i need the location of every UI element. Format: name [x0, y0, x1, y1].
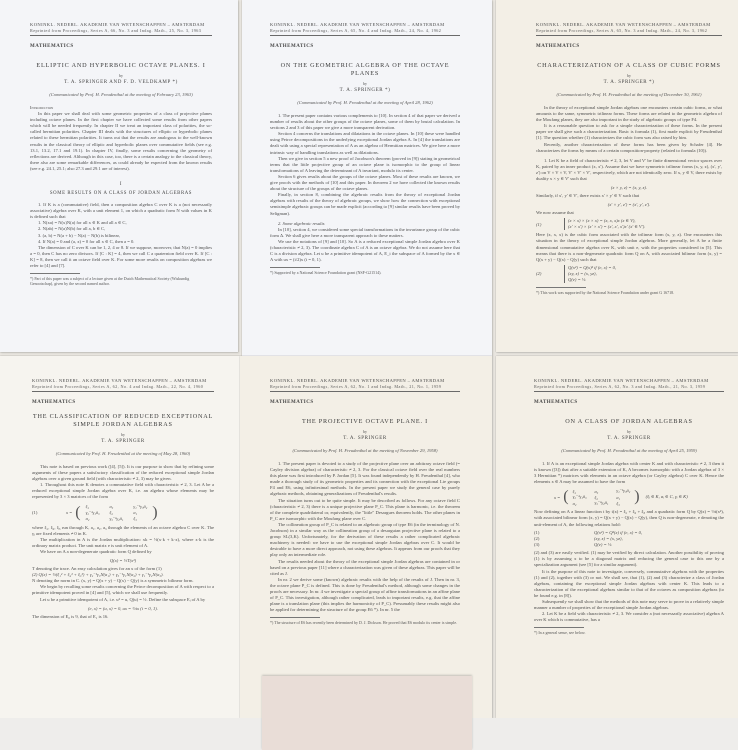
paragraph: Subsequently we shall show that the meth…	[534, 599, 724, 611]
matrix-equation: x = ( ξ₁a₃γ₁⁻¹γ₃ā₂ γ₂⁻¹γ₁ā₃ξ₂a₁ a₂γ₃⁻¹γ₂…	[554, 488, 724, 506]
body-text: In the theory of exceptional simple Jord…	[536, 105, 722, 295]
equation: (x × y, z) = (x, y, z).	[536, 185, 722, 190]
paragraph: 1. The present paper contains various co…	[270, 113, 460, 131]
matrix-equation: (1) x = ( ξ₁a₃γ₁⁻¹γ₃ā₂ γ₂⁻¹γ₁ā₃ξ₂a₁ a₂γ₃…	[32, 504, 214, 522]
author: T. A. Springer *)	[270, 88, 460, 93]
footnote-rule	[30, 273, 80, 274]
footnote: *) Supported by a National Science Found…	[270, 270, 460, 275]
paragraph: 1. Throughout this note K denotes a comm…	[32, 482, 214, 500]
body-text: 1. The present paper is devoted to a stu…	[270, 461, 460, 626]
paper-title: Characterization of a class of cubic for…	[536, 62, 722, 70]
paragraph: This note is based on previous work ([4]…	[32, 464, 214, 482]
footnote: *) Part of this paper was a subject of a…	[30, 276, 212, 287]
communicated-line: (Communicated by Prof. H. Freudenthal at…	[270, 100, 460, 105]
communicated-line: (Communicated by Prof. H. Freudenthal at…	[536, 92, 722, 97]
paragraph: The collineation group of P_C is related…	[270, 522, 460, 559]
paper-title: The classification of reduced exceptiona…	[32, 413, 214, 429]
masthead: Koninkl. Nederl. Akademie van Wetenschap…	[30, 22, 212, 36]
paragraph: Section 6 gives results about the groups…	[270, 174, 460, 192]
paper-title: The projective octave plane. I	[270, 418, 460, 426]
communicated-line: (Communicated by Prof. H. Freudenthal at…	[32, 451, 214, 456]
matrix-condition: (ξᵢ ∈ K, aᵢ ∈ C, γᵢ ∈ K)	[646, 494, 688, 500]
relation: (3)Q(e) = ½.	[534, 542, 724, 548]
communicated-line: (Communicated by Prof. H. Freudenthal at…	[30, 92, 212, 97]
footnote-rule	[270, 617, 320, 618]
paragraph: The dimension of E₀ is 9, that of E₁ is …	[32, 614, 214, 620]
footnote: *) The structure of E6 has recently been…	[270, 620, 460, 625]
paragraph: 1. The present paper is devoted to a stu…	[270, 461, 460, 498]
footnote: *) In a general sense, see below.	[534, 630, 724, 635]
paragraph: Now defining on A a linear function t by…	[534, 509, 724, 527]
paragraph: 1. Let K be a field of characteristic ≠ …	[536, 158, 722, 182]
masthead: Koninkl. Nederl. Akademie van Wetenschap…	[270, 22, 460, 36]
paragraph: Section 4 concerns the translations and …	[270, 131, 460, 155]
body-text: 1. The present paper contains various co…	[270, 113, 460, 276]
paragraph: We begin by recalling some results conce…	[32, 584, 214, 596]
footnote: *) This work was supported by the Nation…	[536, 290, 722, 295]
by-label: by	[30, 73, 212, 78]
paragraph: The situation turns out to be quite simp…	[270, 498, 460, 522]
paragraph: where ξ₁, ξ₂, ξ₃ run through K, a₁, a₂, …	[32, 525, 214, 537]
equation: (x' × y', z') = (x', y', z').	[536, 202, 722, 207]
page-projective-octave-plane: Koninkl. Nederl. Akademie van Wetenschap…	[240, 356, 492, 718]
footnote-rule	[534, 627, 584, 628]
paragraph: 1. If A is an exceptional simple Jordan …	[534, 461, 724, 485]
paragraph: Here (x, x, x) is the cubic form associa…	[536, 232, 722, 262]
equation-system-1: (1) (x × x) × (x × x) = (x, x, x)x (x ∈ …	[536, 218, 722, 230]
communicated-line: (Communicated by Prof. H. Freudenthal at…	[270, 448, 460, 453]
page-classification-reduced-jordan-algebras: Koninkl. Nederl. Akademie van Wetenschap…	[0, 356, 240, 718]
footnote-rule	[270, 267, 320, 268]
masthead: Koninkl. Nederl. Akademie van Wetenschap…	[534, 378, 724, 392]
communicated-line: (Communicated by Prof. H. Freudenthal at…	[534, 448, 724, 453]
equation: (e, x) = (u, x) = 0, ux = ½ix (i = 0, 1)…	[32, 606, 214, 611]
paragraph: Finally, in section 8, combining the alg…	[270, 192, 460, 216]
page-class-of-jordan-algebras: Koninkl. Nederl. Akademie van Wetenschap…	[496, 356, 738, 718]
section-label: Mathematics	[536, 44, 722, 49]
body-text: 1. If A is an exceptional simple Jordan …	[534, 461, 724, 636]
equation-label: (1)	[536, 222, 564, 227]
axiom-list: 1. N(xa) = N(x)N(a) for all x ∈ K and al…	[30, 220, 212, 244]
equation: Q(x) = ½T(x²)	[32, 558, 214, 563]
chapter-title: Some results on a class of Jordan algebr…	[30, 191, 212, 196]
paragraph: The results needed about the theory of t…	[270, 559, 460, 577]
author: T. A. Springer and F. D. Veldkamp *)	[30, 80, 212, 85]
author: T. A. Springer	[534, 436, 724, 441]
masthead: Koninkl. Nederl. Akademie van Wetenschap…	[270, 378, 460, 392]
section-label: Mathematics	[270, 44, 460, 49]
by-label: by	[536, 73, 722, 78]
footnote-rule	[536, 287, 586, 288]
author: T. A. Springer	[32, 439, 214, 444]
section-label: Mathematics	[32, 400, 214, 405]
paragraph: We use the notations of [9] and [10]. So…	[270, 239, 460, 263]
paragraph: The dimension of C over K can be 1, 2, 4…	[30, 245, 212, 269]
section-label: Mathematics	[270, 400, 460, 405]
by-label: by	[534, 429, 724, 434]
paper-title: On a class of Jordan algebras	[534, 418, 724, 426]
pink-slip-paper	[262, 676, 472, 750]
paragraph: In this paper we shall deal with some ge…	[30, 111, 212, 172]
paragraph: In the theory of exceptional simple Jord…	[536, 105, 722, 123]
paragraph: It is a reasonable question to ask for a…	[536, 123, 722, 141]
by-label: by	[270, 81, 460, 86]
by-label: by	[270, 429, 460, 434]
paragraph: (2) and (3) are easily verified. (1) may…	[534, 550, 724, 568]
equation-label: (2)	[536, 271, 564, 276]
paragraph: Then we give in section 5 a new proof of…	[270, 156, 460, 174]
paper-title: Elliptic and hyperbolic octave planes. I	[30, 62, 212, 70]
section-label: Mathematics	[30, 44, 212, 49]
page-geometric-algebra-octave-planes: Koninkl. Nederl. Akademie van Wetenschap…	[242, 0, 492, 356]
paragraph: In [10], section 4, we considered some s…	[270, 227, 460, 239]
by-label: by	[32, 432, 214, 437]
relations-list: (1)Q(x²) = Q²(x) if (e, x) = 0, (2)(xy, …	[534, 530, 724, 549]
chapter-number: I	[30, 182, 212, 187]
paragraph: Recently, another characterization of th…	[536, 142, 722, 154]
paper-title: On the geometric algebra of the octave p…	[270, 62, 460, 78]
paragraph: 1. If K is a (commutative) field, then a…	[30, 202, 212, 220]
author: T. A. Springer	[270, 436, 460, 441]
paragraph: 2. Let K be a field with characteristic …	[534, 611, 724, 623]
section-label: Mathematics	[534, 400, 724, 405]
page-characterization-cubic-forms: Koninkl. Nederl. Akademie van Wetenschap…	[496, 0, 738, 352]
author: T. A. Springer *)	[536, 80, 722, 85]
paragraph: We have on A a non-degenerate quadratic …	[32, 549, 214, 555]
paragraph: Let u be a primitive idempotent of A, i.…	[32, 597, 214, 603]
matrix: ξ₁a₃γ₁⁻¹γ₃ā₂ γ₂⁻¹γ₁ā₃ξ₂a₁ a₂γ₃⁻¹γ₂ā₁ξ₃	[569, 488, 635, 506]
matrix: ξ₁a₃γ₁⁻¹γ₃ā₂ γ₂⁻¹γ₁ā₃ξ₂a₁ a₂γ₃⁻¹γ₂ā₁ξ₃	[81, 504, 153, 522]
equation-label: (1)	[32, 510, 66, 515]
paragraph: It is the purpose of this note to invest…	[534, 569, 724, 599]
paragraph: The multiplication in A is the Jordan mu…	[32, 537, 214, 549]
equation-system-2: (2) Q(x²) = Q(x)² if (e, x) = 0, (xy, z)…	[536, 265, 722, 283]
body-text: This note is based on previous work ([4]…	[32, 464, 214, 620]
paragraph: Similarly, if x', y' ∈ V', there exists …	[536, 193, 722, 199]
page-elliptic-hyperbolic-octave-planes: Koninkl. Nederl. Akademie van Wetenschap…	[0, 0, 238, 352]
masthead: Koninkl. Nederl. Akademie van Wetenschap…	[32, 378, 214, 392]
paragraph: In nr. 2 we derive some (known) algebrai…	[270, 577, 460, 614]
paragraph: We now assume that	[536, 210, 722, 216]
masthead: Koninkl. Nederl. Akademie van Wetenschap…	[536, 22, 722, 36]
body-text: Introduction In this paper we shall deal…	[30, 105, 212, 287]
